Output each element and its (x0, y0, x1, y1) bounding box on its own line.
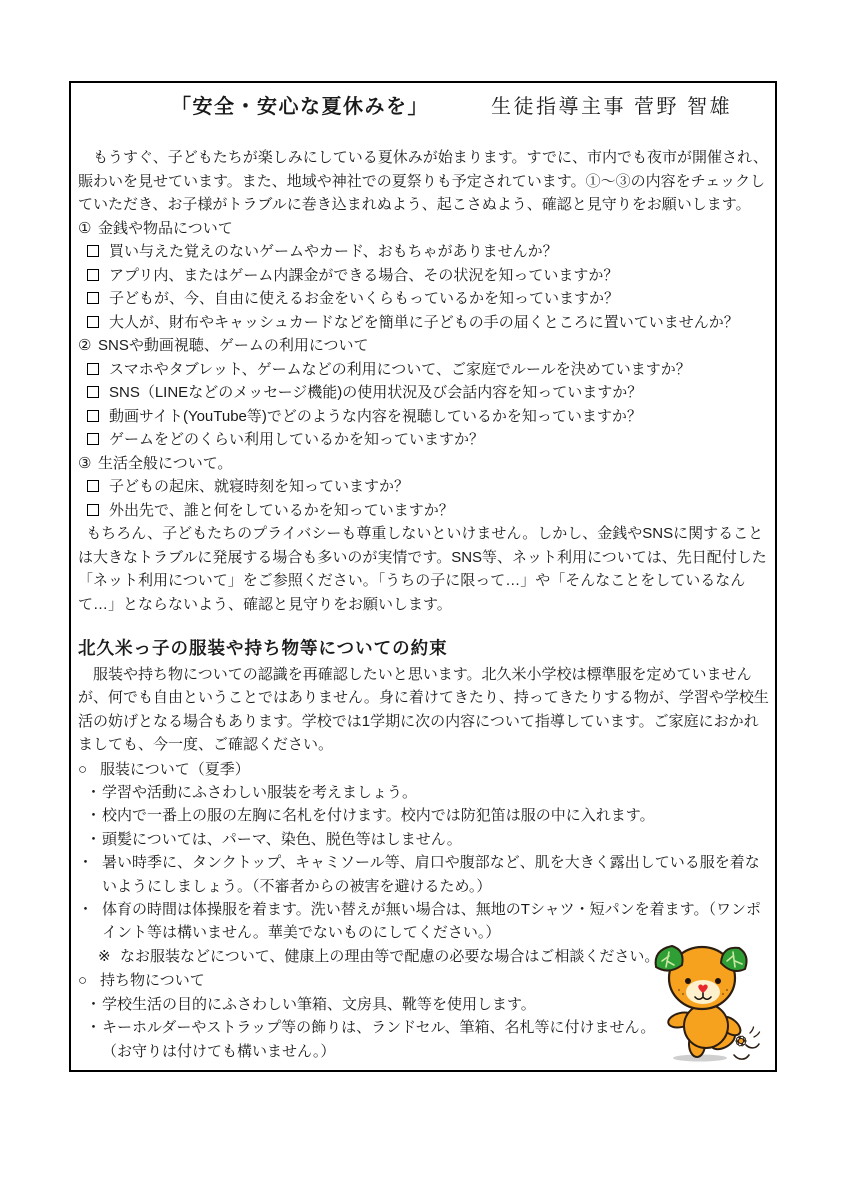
checkbox-icon (87, 316, 99, 328)
mascot-body (684, 1004, 728, 1048)
checklist-item: 大人が、財布やキャッシュカードなどを簡単に子どもの手の届くところに置いていません… (78, 311, 770, 335)
section-heading-life: ③ 生活全般について。 (78, 452, 770, 476)
bullet-marker: ・ (86, 1016, 102, 1039)
checkbox-icon (87, 433, 99, 445)
checklist-item-text: 子どもが、今、自由に使えるお金をいくらもっているかを知っていますか？ (109, 287, 619, 311)
bullet-marker: ・ (86, 781, 102, 804)
rules-section-heading: 北久米っ子の服装や持ち物等についての約束 (78, 635, 770, 661)
checkbox-icon (87, 245, 99, 257)
section-title: 金銭や物品について (98, 217, 233, 241)
flower-motion-marks (750, 1027, 760, 1037)
rule-item-text: 頭髪については、パーマ、染色、脱色等はしません。 (102, 828, 462, 851)
rule-item: ・ 体育の時間は体操服を着ます。洗い替えが無い場合は、無地のTシャツ・短パンを着… (78, 898, 770, 945)
intro-paragraph: もうすぐ、子どもたちが楽しみにしている夏休みが始まります。すでに、市内でも夜市が… (78, 146, 770, 217)
checklist-item: アプリ内、またはゲーム内課金ができる場合、その状況を知っていますか？ (78, 264, 770, 288)
checklist-item-text: 子どもの起床、就寝時刻を知っていますか？ (109, 475, 409, 499)
safety-checklist-block: もうすぐ、子どもたちが楽しみにしている夏休みが始まります。すでに、市内でも夜市が… (78, 146, 770, 616)
clothing-note-text: なお服装などについて、健康上の理由等で配慮の必要な場合はご相談ください。 (120, 945, 659, 968)
closing-paragraph: もちろん、子どもたちのプライバシーも尊重しないといけません。しかし、金銭やSNS… (78, 522, 770, 616)
flower-icon (735, 1035, 746, 1046)
circled-number-1: ① (78, 217, 98, 241)
clothing-subheading-label: 服装について（夏季） (100, 758, 250, 781)
clothing-subheading: ○ 服装について（夏季） (78, 758, 770, 781)
checklist-item: 子どもが、今、自由に使えるお金をいくらもっているかを知っていますか？ (78, 287, 770, 311)
bullet-marker: ・ (86, 828, 102, 851)
mascot-mikyan-icon (650, 940, 772, 1064)
mascot-eye-left (685, 978, 691, 984)
author-name: 生徒指導主事 菅野 智雄 (491, 90, 732, 119)
checklist-item: 買い与えた覚えのないゲームやカード、おもちゃがありませんか？ (78, 240, 770, 264)
belongings-subheading-label: 持ち物について (100, 969, 205, 992)
checklist-item-text: 大人が、財布やキャッシュカードなどを簡単に子どもの手の届くところに置いていません… (109, 311, 739, 335)
checkbox-icon (87, 504, 99, 516)
bullet-marker: ・ (86, 993, 102, 1016)
note-marker: ※ (98, 945, 120, 968)
checklist-item-text: SNS（LINEなどのメッセージ機能)の使用状況及び会話内容を知っていますか？ (109, 381, 642, 405)
rule-item-text: 体育の時間は体操服を着ます。洗い替えが無い場合は、無地のTシャツ・短パンを着ます… (102, 898, 770, 945)
rule-item-text: キーホルダーやストラップ等の飾りは、ランドセル、筆箱、名札等に付けません。 (102, 1016, 655, 1039)
checklist-item-text: ゲームをどのくらい利用しているかを知っていますか？ (109, 428, 484, 452)
checklist-item: ゲームをどのくらい利用しているかを知っていますか？ (78, 428, 770, 452)
circled-number-2: ② (78, 334, 98, 358)
checkbox-icon (87, 410, 99, 422)
section-title: SNSや動画視聴、ゲームの利用について (98, 334, 369, 358)
checklist-item-text: 動画サイト(YouTube等)でどのような内容を視聴しているかを知っていますか？ (109, 405, 642, 429)
checkbox-icon (87, 292, 99, 304)
checklist-item: 外出先で、誰と何をしているかを知っていますか？ (78, 499, 770, 523)
rule-item: ・ 校内で一番上の服の左胸に名札を付けます。校内では防犯笛は服の中に入れます。 (78, 804, 770, 827)
document-header: 「安全・安心な夏休みを」 生徒指導主事 菅野 智雄 (78, 90, 770, 120)
page-title: 「安全・安心な夏休みを」 (171, 90, 429, 119)
rule-item: ・ 暑い時季に、タンクトップ、キャミソール等、肩口や腹部など、肌を大きく露出して… (78, 851, 770, 898)
section-heading-money: ① 金銭や物品について (78, 217, 770, 241)
document-border-box: 「安全・安心な夏休みを」 生徒指導主事 菅野 智雄 もうすぐ、子どもたちが楽しみ… (69, 81, 777, 1072)
rule-item-text: 学習や活動にふさわしい服装を考えましょう。 (102, 781, 417, 804)
rule-item-text: 校内で一番上の服の左胸に名札を付けます。校内では防犯笛は服の中に入れます。 (102, 804, 655, 827)
mascot-eye-right (715, 978, 721, 984)
checklist-item: 子どもの起床、就寝時刻を知っていますか？ (78, 475, 770, 499)
rule-item: ・ 頭髪については、パーマ、染色、脱色等はしません。 (78, 828, 770, 851)
motion-lines-icon (734, 1044, 759, 1059)
checkbox-icon (87, 363, 99, 375)
bullet-marker: ・ (78, 898, 102, 921)
circle-marker: ○ (78, 758, 100, 781)
checkbox-icon (87, 386, 99, 398)
rule-item: ・ 学習や活動にふさわしい服装を考えましょう。 (78, 781, 770, 804)
checkbox-icon (87, 480, 99, 492)
checklist-item: スマホやタブレット、ゲームなどの利用について、ご家庭でルールを決めていますか？ (78, 358, 770, 382)
checklist-item: 動画サイト(YouTube等)でどのような内容を視聴しているかを知っていますか？ (78, 405, 770, 429)
checklist-item-text: スマホやタブレット、ゲームなどの利用について、ご家庭でルールを決めていますか？ (109, 358, 691, 382)
section-title: 生活全般について。 (98, 452, 232, 476)
circled-number-3: ③ (78, 452, 98, 476)
checklist-item-text: 外出先で、誰と何をしているかを知っていますか？ (109, 499, 454, 523)
leaf-ear-left-icon (656, 946, 683, 971)
rules-intro-paragraph: 服装や持ち物についての認識を再確認したいと思います。北久米小学校は標準服を定めて… (78, 663, 770, 757)
checklist-item: SNS（LINEなどのメッセージ機能)の使用状況及び会話内容を知っていますか？ (78, 381, 770, 405)
circle-marker: ○ (78, 969, 100, 992)
bullet-marker: ・ (78, 851, 102, 874)
rule-item-text: 学校生活の目的にふさわしい筆箱、文房具、靴等を使用します。 (102, 993, 536, 1016)
bullet-marker: ・ (86, 804, 102, 827)
checklist-item-text: アプリ内、またはゲーム内課金ができる場合、その状況を知っていますか？ (109, 264, 618, 288)
checkbox-icon (87, 269, 99, 281)
checklist-item-text: 買い与えた覚えのないゲームやカード、おもちゃがありませんか？ (109, 240, 558, 264)
section-heading-sns: ② SNSや動画視聴、ゲームの利用について (78, 334, 770, 358)
rule-item-text: 暑い時季に、タンクトップ、キャミソール等、肩口や腹部など、肌を大きく露出している… (102, 851, 770, 898)
